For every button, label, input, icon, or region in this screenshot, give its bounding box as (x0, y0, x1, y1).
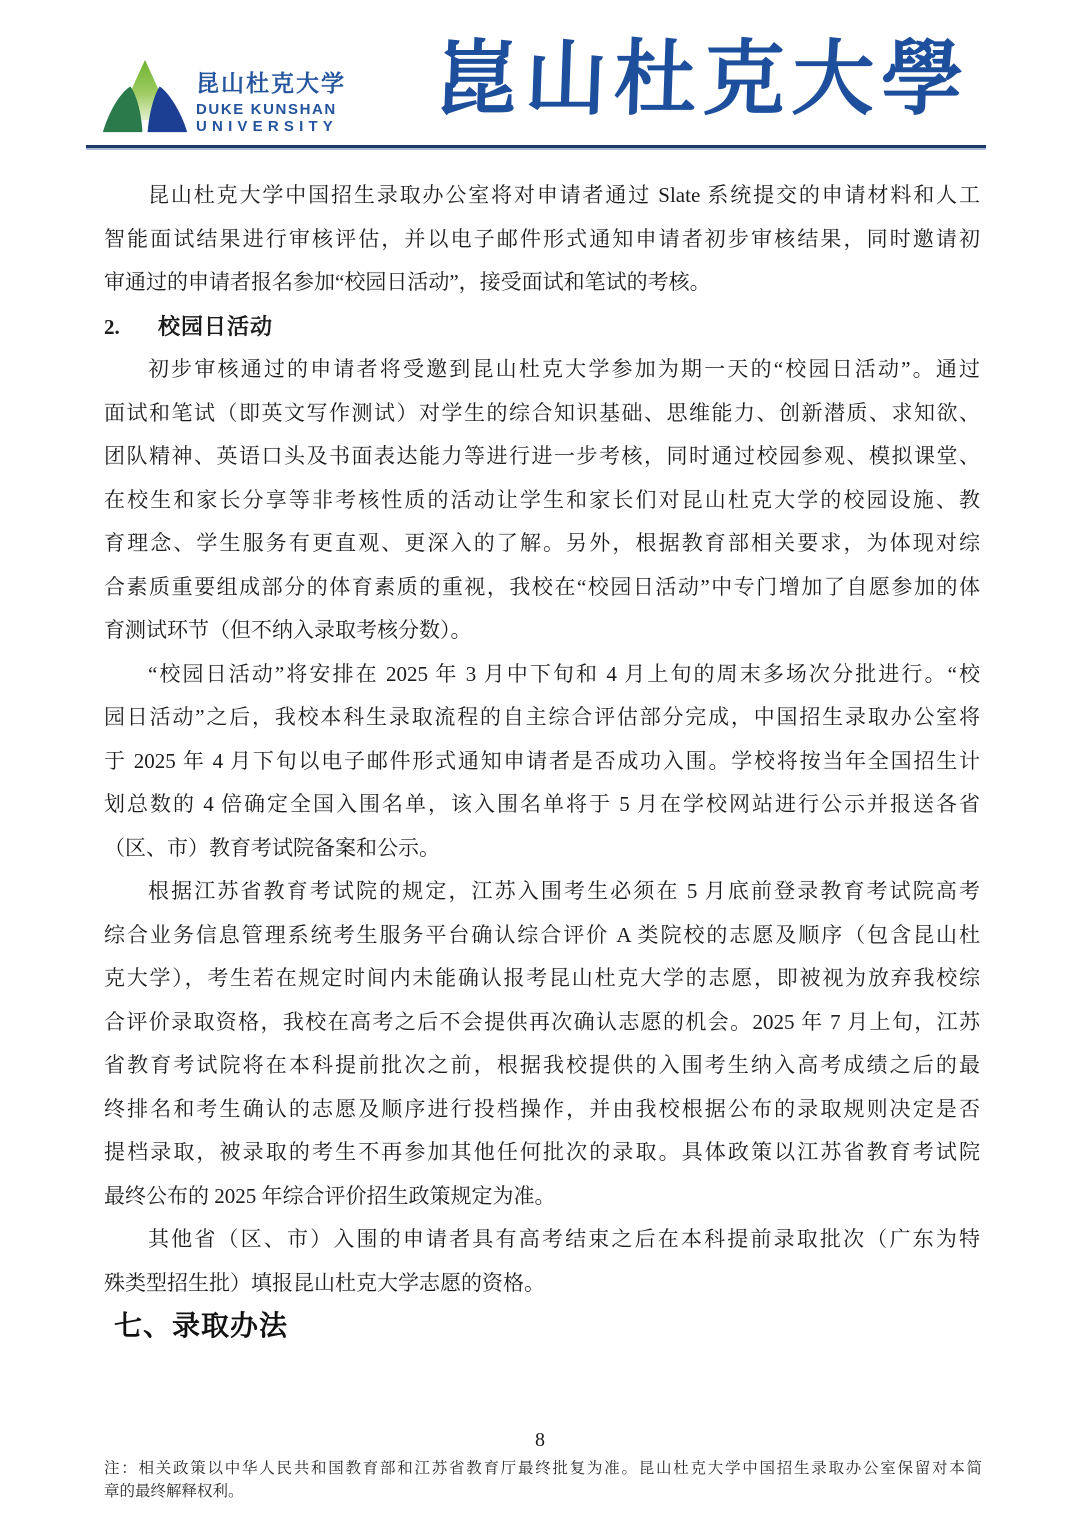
item-number: 2. (104, 306, 158, 350)
paragraph-other-provinces: 其他省（区、市）入围的申请者具有高考结束之后在本科提前录取批次（广东为特殊类型招… (104, 1218, 980, 1305)
mountain-logo-icon (102, 58, 188, 134)
text-line: 审通过的申请者报名参加“校园日活动”，接受面试和笔试的考核。 (104, 261, 980, 305)
logo-en-name-line2: UNIVERSITY (196, 118, 346, 135)
text-line: 殊类型招生批）填报昆山杜克大学志愿的资格。 (104, 1262, 980, 1306)
text-line: 在校生和家长分享等非考核性质的活动让学生和家长们对昆山杜克大学的校园设施、教 (104, 479, 980, 523)
text-line: 章的最终解释权利。 (104, 1481, 982, 1504)
text-line: 合素质重要组成部分的体育素质的重视，我校在“校园日活动”中专门增加了自愿参加的体 (104, 566, 980, 610)
document-page: 昆山杜克大学 DUKE KUNSHAN UNIVERSITY 崑山杜克大學 昆山… (0, 0, 1080, 1526)
paragraph-jiangsu-policy: 根据江苏省教育考试院的规定，江苏入围考生必须在 5 月底前登录教育考试院高考综合… (104, 870, 980, 1218)
text-line: 终排名和考生确认的志愿及顺序进行投档操作，并由我校根据公布的录取规则决定是否 (104, 1088, 980, 1132)
text-line: “校园日活动”将安排在 2025 年 3 月中下旬和 4 月上旬的周末多场次分批… (104, 653, 980, 697)
document-body: 昆山杜克大学中国招生录取办公室将对申请者通过 Slate 系统提交的申请材料和人… (104, 174, 980, 1343)
text-line: 合评价录取资格，我校在高考之后不会提供再次确认志愿的机会。2025 年 7 月上… (104, 1001, 980, 1045)
text-line: 团队精神、英语口头及书面表达能力等进行进一步考核，同时通过校园参观、模拟课堂、 (104, 435, 980, 479)
page-number: 8 (0, 1429, 1080, 1451)
text-line: 省教育考试院将在本科提前批次之前，根据我校提供的入围考生纳入高考成绩之后的最 (104, 1044, 980, 1088)
text-line: （区、市）教育考试院备案和公示。 (104, 827, 980, 871)
logo-text-block: 昆山杜克大学 DUKE KUNSHAN UNIVERSITY (196, 70, 346, 135)
footnote: 注：相关政策以中华人民共和国教育部和江苏省教育厅最终批复为准。昆山杜克大学中国招… (104, 1458, 982, 1503)
item-heading-campus-day: 2.校园日活动 (104, 305, 980, 349)
logo-cn-name: 昆山杜克大学 (196, 70, 346, 98)
text-line: 智能面试结果进行审核评估，并以电子邮件形式通知申请者初步审核结果，同时邀请初 (104, 218, 980, 262)
text-line: 园日活动”之后，我校本科生录取流程的自主综合评估部分完成，中国招生录取办公室将 (104, 696, 980, 740)
calligraphy-title: 崑山杜克大學 (434, 24, 994, 142)
text-line: 注：相关政策以中华人民共和国教育部和江苏省教育厅最终批复为准。昆山杜克大学中国招… (104, 1458, 982, 1481)
text-line: 于 2025 年 4 月下旬以电子邮件形式通知申请者是否成功入围。学校将按当年全… (104, 740, 980, 784)
text-line: 最终公布的 2025 年综合评价招生政策规定为准。 (104, 1175, 980, 1219)
paragraph-campus-day: 初步审核通过的申请者将受邀到昆山杜克大学参加为期一天的“校园日活动”。通过面试和… (104, 348, 980, 653)
section-heading-admission-method: 七、录取办法 (104, 1309, 980, 1343)
text-line: 克大学），考生若在规定时间内未能确认报考昆山杜克大学的志愿，即被视为放弃我校综 (104, 957, 980, 1001)
logo-en-name-line1: DUKE KUNSHAN (196, 101, 346, 118)
text-line: 提档录取，被录取的考生不再参加其他任何批次的录取。具体政策以江苏省教育考试院 (104, 1131, 980, 1175)
header-divider (86, 145, 986, 148)
text-line: 面试和笔试（即英文写作测试）对学生的综合知识基础、思维能力、创新潜质、求知欲、 (104, 392, 980, 436)
paragraph-schedule: “校园日活动”将安排在 2025 年 3 月中下旬和 4 月上旬的周末多场次分批… (104, 653, 980, 871)
text-line: 初步审核通过的申请者将受邀到昆山杜克大学参加为期一天的“校园日活动”。通过 (104, 348, 980, 392)
text-line: 根据江苏省教育考试院的规定，江苏入围考生必须在 5 月底前登录教育考试院高考 (104, 870, 980, 914)
text-line: 划总数的 4 倍确定全国入围名单，该入围名单将于 5 月在学校网站进行公示并报送… (104, 783, 980, 827)
text-line: 昆山杜克大学中国招生录取办公室将对申请者通过 Slate 系统提交的申请材料和人… (104, 174, 980, 218)
text-line: 其他省（区、市）入围的申请者具有高考结束之后在本科提前录取批次（广东为特 (104, 1218, 980, 1262)
text-line: 育理念、学生服务有更直观、更深入的了解。另外，根据教育部相关要求，为体现对综 (104, 522, 980, 566)
intro-paragraph: 昆山杜克大学中国招生录取办公室将对申请者通过 Slate 系统提交的申请材料和人… (104, 174, 980, 305)
text-line: 综合业务信息管理系统考生服务平台确认综合评价 A 类院校的志愿及顺序（包含昆山杜 (104, 914, 980, 958)
item-title: 校园日活动 (158, 314, 273, 339)
text-line: 育测试环节（但不纳入录取考核分数）。 (104, 609, 980, 653)
